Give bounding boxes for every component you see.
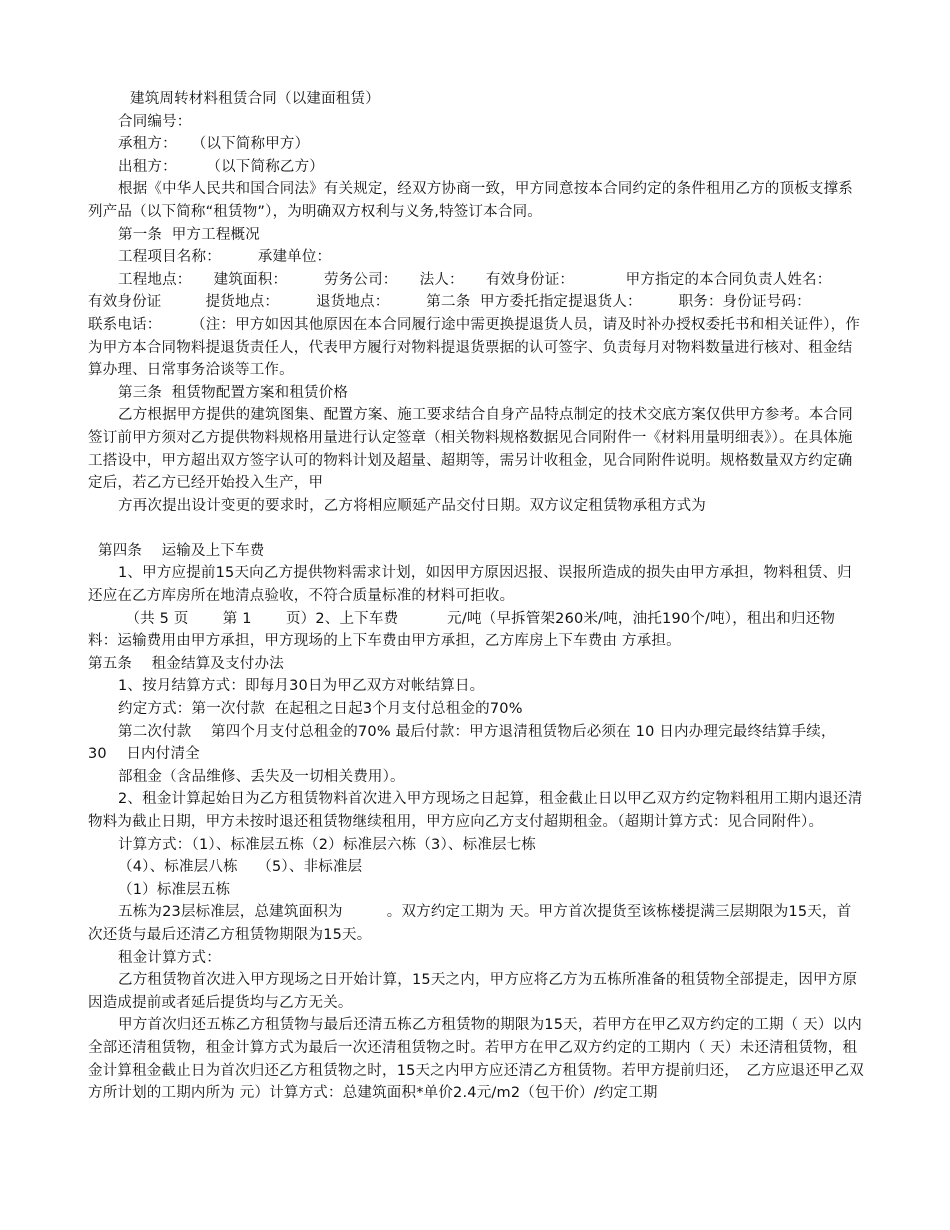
article-4-heading: 第四条 运输及上下车费 — [88, 540, 864, 563]
article-4-clause-2: （共 5 页 第 1 页）2、上下车费 元/吨（早拆管架260米/吨，油托190… — [88, 608, 864, 653]
article-5-clause-1: 1、按月结算方式：即每月30日为甲乙双方对帐结算日。 — [88, 675, 864, 698]
article-4-clause-1: 1、甲方应提前15天向乙方提供物料需求计划，如因甲方原因迟报、误报所造成的损失由… — [88, 562, 864, 607]
calculation-methods: 计算方式：（1）、标准层五栋（2）标准层六栋（3）、标准层七栋 — [88, 834, 864, 857]
article-3-continuation: 方再次提出设计变更的要求时，乙方将相应顺延产品交付日期。双方议定租赁物承租方式为 — [88, 495, 864, 518]
payment-second-final: 第二次付款 第四个月支付总租金的70% 最后付款：甲方退清租赁物后必须在 10 … — [88, 721, 864, 766]
article-5-heading: 第五条 租金结算及支付办法 — [88, 653, 864, 676]
document-page: 建筑周转材料租赁合同（以建面租赁） 合同编号： 承租方： （以下简称甲方） 出租… — [88, 88, 864, 1105]
calculation-methods-cont: （4）、标准层八栋 （5）、非标准层 — [88, 856, 864, 879]
rent-calc-heading: 租金计算方式： — [88, 947, 864, 970]
rent-calc-return: 甲方首次归还五栋乙方租赁物与最后还清五栋乙方租赁物的期限为15天，若甲方在甲乙双… — [88, 1014, 864, 1104]
project-details-paragraph: 工程地点： 建筑面积： 劳务公司： 法人： 有效身份证： 甲方指定的本合同负责人… — [88, 269, 864, 382]
article-1-heading: 第一条 甲方工程概况 — [88, 224, 864, 247]
article-3-paragraph: 乙方根据甲方提供的建筑图集、配置方案、施工要求结合自身产品特点制定的技术交底方案… — [88, 404, 864, 494]
contract-number: 合同编号： — [88, 111, 864, 134]
payment-first: 约定方式：第一次付款 在起租之日起3个月支付总租金的70% — [88, 698, 864, 721]
article-3-heading: 第三条 租赁物配置方案和租赁价格 — [88, 382, 864, 405]
building-5-description: 五栋为23层标准层，总建筑面积为 。双方约定工期为 天。甲方首次提货至该栋楼提满… — [88, 901, 864, 946]
payment-remainder: 部租金（含品维修、丢失及一切相关费用）。 — [88, 766, 864, 789]
blank-line — [88, 517, 864, 540]
preamble-paragraph: 根据《中华人民共和国合同法》有关规定，经双方协商一致，甲方同意按本合同约定的条件… — [88, 178, 864, 223]
rent-calc-start: 乙方租赁物首次进入甲方现场之日开始计算，15天之内，甲方应将乙方为五栋所准备的租… — [88, 969, 864, 1014]
project-name-line: 工程项目名称： 承建单位： — [88, 246, 864, 269]
lessor-line: 出租方： （以下简称乙方） — [88, 156, 864, 179]
lessee-line: 承租方： （以下简称甲方） — [88, 133, 864, 156]
document-title: 建筑周转材料租赁合同（以建面租赁） — [88, 88, 864, 111]
building-5-heading: （1）标准层五栋 — [88, 879, 864, 902]
article-5-clause-2: 2、租金计算起始日为乙方租赁物料首次进入甲方现场之日起算，租金截止日以甲乙双方约… — [88, 788, 864, 833]
